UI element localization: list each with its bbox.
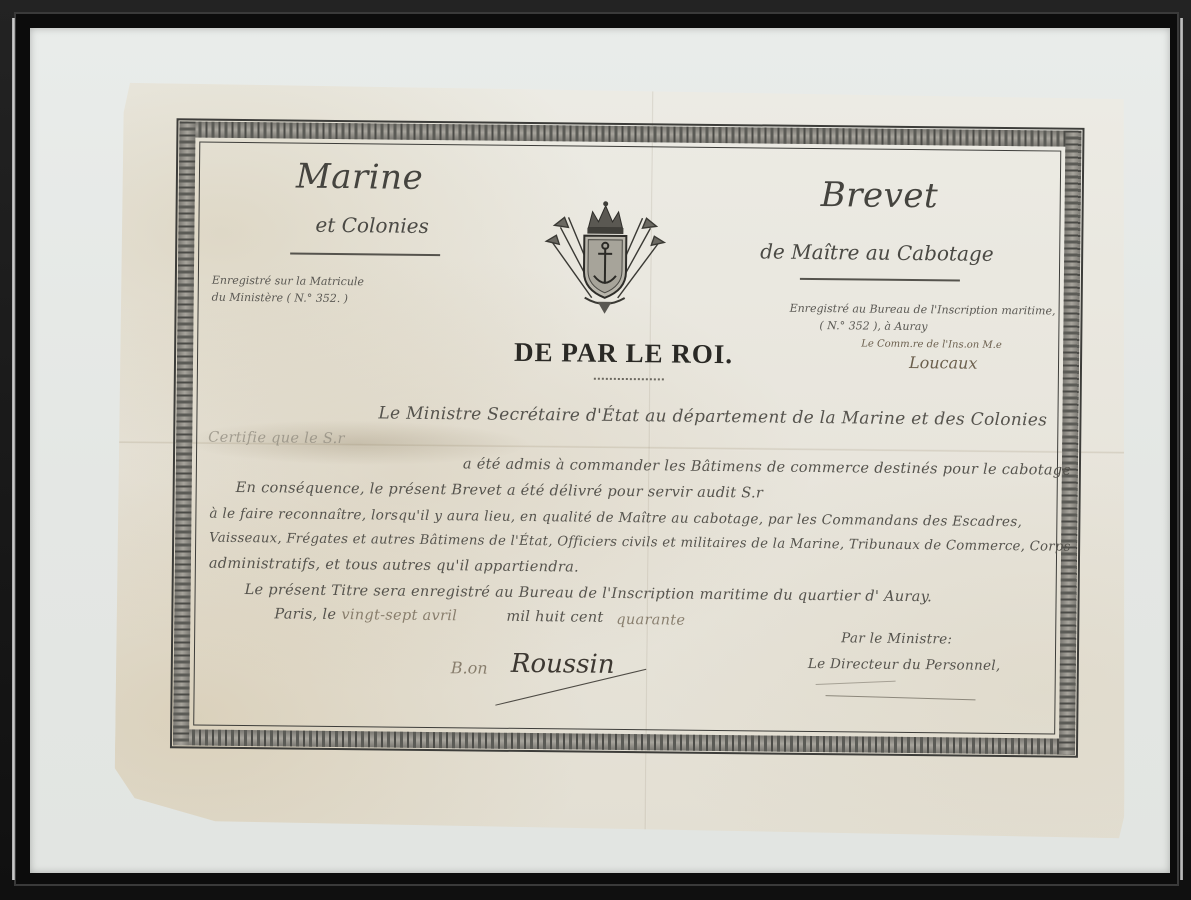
date-handwritten-year: quarante (616, 612, 685, 629)
date-handwritten-day: vingt-sept avril (341, 607, 457, 624)
signature-right-directeur: Le Directeur du Personnel, (808, 656, 1001, 674)
frame-glare-right (1180, 18, 1183, 880)
signature-left-prefix: B.on (451, 658, 488, 677)
body-line-certifie: Certifie que le S.r (208, 430, 345, 447)
registration-right-line2: ( N.° 352 ), à Auray (819, 319, 927, 333)
royal-crest-anchor-icon (539, 197, 670, 318)
header-maitre-au-cabotage: de Maître au Cabotage (760, 239, 994, 265)
mat-board: Marine et Colonies Enregistré sur la Mat… (30, 28, 1170, 873)
handwritten-commissaire-note: Le Comm.re de l'Ins.on M.e (861, 338, 1002, 350)
frame-glare-left (12, 18, 15, 880)
header-brevet: Brevet (821, 175, 939, 216)
main-title-de-par-le-roi: DE PAR LE ROI. (514, 337, 733, 370)
registration-left-line1: Enregistré sur la Matricule (212, 274, 364, 289)
signature-left-roussin: Roussin (511, 649, 615, 680)
registration-right-line1: Enregistré au Bureau de l'Inscription ma… (790, 302, 1056, 318)
certificate-paper: Marine et Colonies Enregistré sur la Mat… (114, 83, 1132, 839)
date-printed-century: mil huit cent (506, 609, 603, 626)
header-et-colonies: et Colonies (315, 213, 429, 238)
date-prefix: Paris, le (274, 606, 336, 623)
handwritten-signature-commissaire: Loucaux (909, 353, 978, 373)
registration-left-line2: du Ministère ( N.° 352. ) (212, 291, 348, 305)
header-marine: Marine (296, 157, 424, 198)
signature-right-par-le-ministre: Par le Ministre: (841, 630, 952, 647)
picture-frame: Marine et Colonies Enregistré sur la Mat… (0, 0, 1191, 900)
